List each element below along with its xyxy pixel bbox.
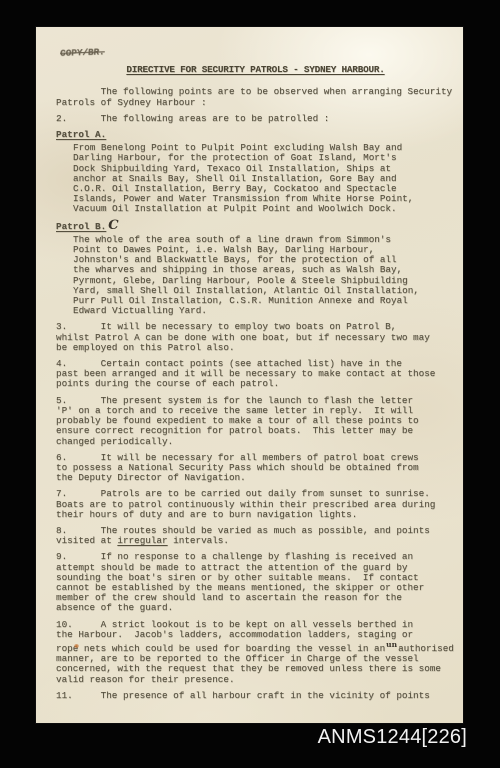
paragraph-10-pre: 10. A strict lookout is to be kept on al… [56, 619, 413, 654]
catalog-reference: ANMS1244[226] [318, 726, 467, 749]
paragraph-8-post: intervals. [168, 535, 229, 546]
document-page: COPY/BR. DIRECTIVE FOR SECURITY PATROLS … [36, 27, 463, 723]
paragraph-intro: The following points are to be observed … [56, 87, 455, 107]
viewer-background: COPY/BR. DIRECTIVE FOR SECURITY PATROLS … [0, 0, 500, 768]
paragraph-4: 4. Certain contact points (see attached … [56, 359, 455, 390]
patrol-a-body: From Benelong Point to Pulpit Point excl… [73, 143, 455, 214]
copy-stamp: COPY/BR. [60, 47, 105, 59]
paragraph-3: 3. It will be necessary to employ two bo… [56, 322, 455, 353]
paper-stain [74, 644, 79, 648]
handwritten-insertion-un: un [386, 640, 397, 650]
patrol-a-heading-text: Patrol A. [56, 129, 106, 140]
paragraph-6: 6. It will be necessary for all members … [56, 453, 455, 484]
paragraph-2: 2. The following areas are to be patroll… [56, 114, 455, 124]
paragraph-9: 9. If no response to a challenge by flas… [56, 552, 455, 613]
paragraph-7: 7. Patrols are to be carried out daily f… [56, 489, 455, 520]
handwritten-annotation-c: C [108, 218, 118, 233]
patrol-b-heading-text: Patrol B. [56, 221, 106, 232]
paragraph-5: 5. The present system is for the launch … [56, 396, 455, 447]
paragraph-10: 10. A strict lookout is to be kept on al… [56, 620, 455, 685]
underlined-word-irregular: irregular [117, 535, 167, 546]
patrol-b-body: The whole of the area south of a line dr… [73, 235, 455, 317]
paragraph-8: 8. The routes should be varied as much a… [56, 526, 455, 546]
document-title-text: DIRECTIVE FOR SECURITY PATROLS - SYDNEY … [126, 64, 384, 75]
patrol-a-heading: Patrol A. [56, 130, 455, 140]
patrol-b-heading: Patrol B.C [56, 221, 455, 232]
document-title: DIRECTIVE FOR SECURITY PATROLS - SYDNEY … [56, 65, 455, 75]
paragraph-8-pre: 8. The routes should be varied as much a… [56, 525, 430, 546]
paragraph-11: 11. The presence of all harbour craft in… [56, 691, 455, 701]
